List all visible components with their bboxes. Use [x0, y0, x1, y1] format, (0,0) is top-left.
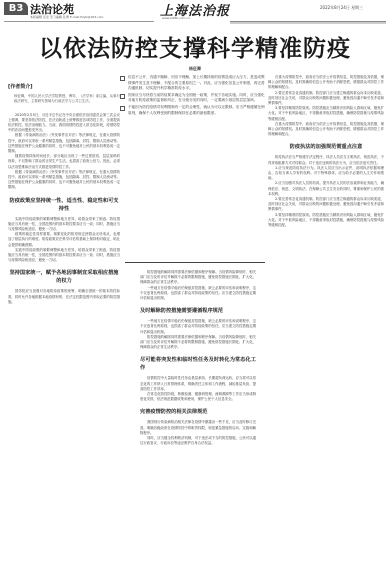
body-paragraph: 国务院应当加强对各地防疫政策的统筹，明确全国统一的基本防控标准，同时允许各地根据… — [8, 289, 120, 305]
body-paragraph: 2.应当加强对执法人员的培训。提升执法人员的法治素养和业务能力，确保依法、规范、… — [268, 181, 384, 197]
body-paragraph: 2.要完善常态化沟通机制。防控部门应当建立畅通的群众诉求反映渠道，及时回应社会关… — [268, 91, 384, 107]
editors-line: 本版编辑 张宏 见习编辑 张博 E-mail:fzlyb@163.com — [30, 15, 103, 19]
article-author: 杨征卿 — [0, 66, 390, 72]
body-paragraph: 政策的稳定性同样重要。频繁变化的防疫规定使群众无所适从，也增加了基层执行的难度。… — [8, 232, 120, 248]
section-subhead: 完善疫情防控的相关法律规范 — [140, 408, 256, 416]
abstract-item: 国家应当尽快将当前防疫要求确定为全国统一政策，并视下各地实施。同时，应当强化对地… — [120, 93, 266, 104]
body-paragraph: 实践中防疫政策的频繁调整和地方差异，给群众带来了困惑。防疫措施应当具有统一性，全… — [8, 248, 120, 264]
body-paragraph: 根据《传染病防治法》《突发事件应对法》等法律规定，在重大疫情防控中，政府可以采取… — [8, 170, 120, 191]
issue-date: 2022年8月24日 星期三 — [320, 5, 363, 11]
section-badge: B3 — [4, 2, 28, 15]
body-paragraph: 2.要完善常态化沟通机制。防控部门应当建立畅通的群众诉求反映渠道，及时回应社会关… — [268, 197, 384, 213]
masthead: B3 法治论苑 本版编辑 张宏 见习编辑 张博 E-mail:fzlyb@163… — [0, 0, 390, 24]
body-paragraph: 在重大疫情防控中，政府应当依法公开疫情信息、防控措施及其依据，保障公众的知情权。… — [268, 122, 384, 138]
body-paragraph: 一些地方在疫情平稳后仍保留封控措施，缺乏必要的评估和说明程序，这不仅违背比例原则… — [140, 286, 256, 302]
masthead-divider-right — [230, 21, 386, 24]
body-paragraph: 在重大疫情防控中，政府应当依法公开疫情信息、防控措施及其依据，保障公众的知情权。… — [268, 75, 384, 91]
body-paragraph: 3.要坚持精准防控原则。防控措施应当精准识别风险人群和区域，避免扩大化。对于中低… — [268, 213, 384, 229]
section-subhead: 尽可能将突发性和临时性任务及时转化为常态化工作 — [140, 356, 256, 372]
body-paragraph: 防控措施的解除同样需要法律依据和程序保障。当疫情风险降低时，相关部门应当及时评估… — [140, 270, 256, 286]
abstract-divider — [125, 262, 265, 263]
body-paragraph: 随着疫情持续时间延长，部分地区出现了一些过度防疫、层层加码的现象，不仅影响了群众… — [8, 154, 120, 170]
body-paragraph: 在常态化防控阶段，核酸检测、健康码管理、流调溯源等工作应当形成制度化安排，依法规… — [140, 392, 256, 402]
body-paragraph: 2020年2月5日，习近平总书记在中央全面依法治国委员会第三次会议上强调，要坚持… — [8, 113, 120, 134]
body-paragraph: 防疫执法应当严格遵守法定程序，执法人员应当文明执法、规范执法，不得采取粗暴方式对… — [268, 155, 384, 165]
abstract-item: 不能因为防控疫情对权利限制有一定的合理性，就认为可以无限制。应当严格遵循比例原则… — [120, 105, 266, 116]
body-paragraph: 1.应当规范防疫执法行为。执法人员应当出示证件，说明执法依据和理由，告知当事人享… — [268, 166, 384, 182]
author-intro-text: 杨征卿，中国人民大学法学院教授、博导，《法学家》副主编，从事行政法研究，主要研究… — [8, 94, 120, 104]
masthead-divider-left — [4, 21, 154, 22]
article-headline: 以依法防控支撑科学精准防疫 — [0, 30, 390, 63]
section-subhead: 防疫政策应坚持统一性、适当性、稳定性和可支持性 — [8, 197, 120, 213]
column-2: 防控措施的解除同样需要法律依据和程序保障。当疫情风险降低时，相关部门应当及时评估… — [140, 270, 256, 575]
article-abstract: 信息不公开、沟通不顺畅、回应不理解，加上长期持续的疫情造成巨大压力，是造成舆情事… — [120, 75, 266, 265]
body-paragraph: 同时，应当健全权利救济机制，对于违法或不当的防控措施，公民可以通过行政复议、行政… — [140, 436, 256, 446]
author-intro-title: [作者简介] — [8, 85, 120, 90]
column-1: [作者简介] 杨征卿，中国人民大学法学院教授、博导，《法学家》副主编，从事行政法… — [8, 75, 120, 575]
body-paragraph: 根据《传染病防治法》《突发事件应对法》等法律规定，在重大疫情防控中，政府可以采取… — [8, 133, 120, 154]
body-paragraph: 我国现行传染病防治相关法律在疫情中暴露出一些不足，应当及时修订完善。明确各级政府… — [140, 420, 256, 436]
body-paragraph: 实践中防疫政策的频繁调整和地方差异，给群众带来了困惑。防疫措施应当具有统一性，全… — [8, 217, 120, 233]
section-subhead: 防疫执法的加强规范需重点注意 — [268, 143, 384, 151]
body-paragraph: 疫情防控中大量临时性任务由基层承担，长期超负荷运转。应当将可以常态化的工作纳入日… — [140, 376, 256, 392]
body-paragraph: 防控措施的解除同样需要法律依据和程序保障。当疫情风险降低时，相关部门应当及时评估… — [140, 335, 256, 351]
body-paragraph: 3.要坚持精准防控原则。防控措施应当精准识别风险人群和区域，避免扩大化。对于中低… — [268, 106, 384, 122]
abstract-item: 信息不公开、沟通不顺畅、回应不理解，加上长期持续的疫情造成巨大压力，是造成舆情事… — [120, 75, 266, 92]
column-3: 在重大疫情防控中，政府应当依法公开疫情信息、防控措施及其依据，保障公众的知情权。… — [268, 75, 384, 575]
body-paragraph: 一些地方在疫情平稳后仍保留封控措施，缺乏必要的评估和说明程序，这不仅违背比例原则… — [140, 319, 256, 335]
section-subhead: 及时解除防控措施需要遵循程序规范 — [140, 307, 256, 315]
section-subhead: 坚持国家统一，赋予各地因事制宜采取相应措施的权力 — [8, 269, 120, 285]
newspaper-url: www.shfzb.com.cn — [162, 16, 190, 20]
